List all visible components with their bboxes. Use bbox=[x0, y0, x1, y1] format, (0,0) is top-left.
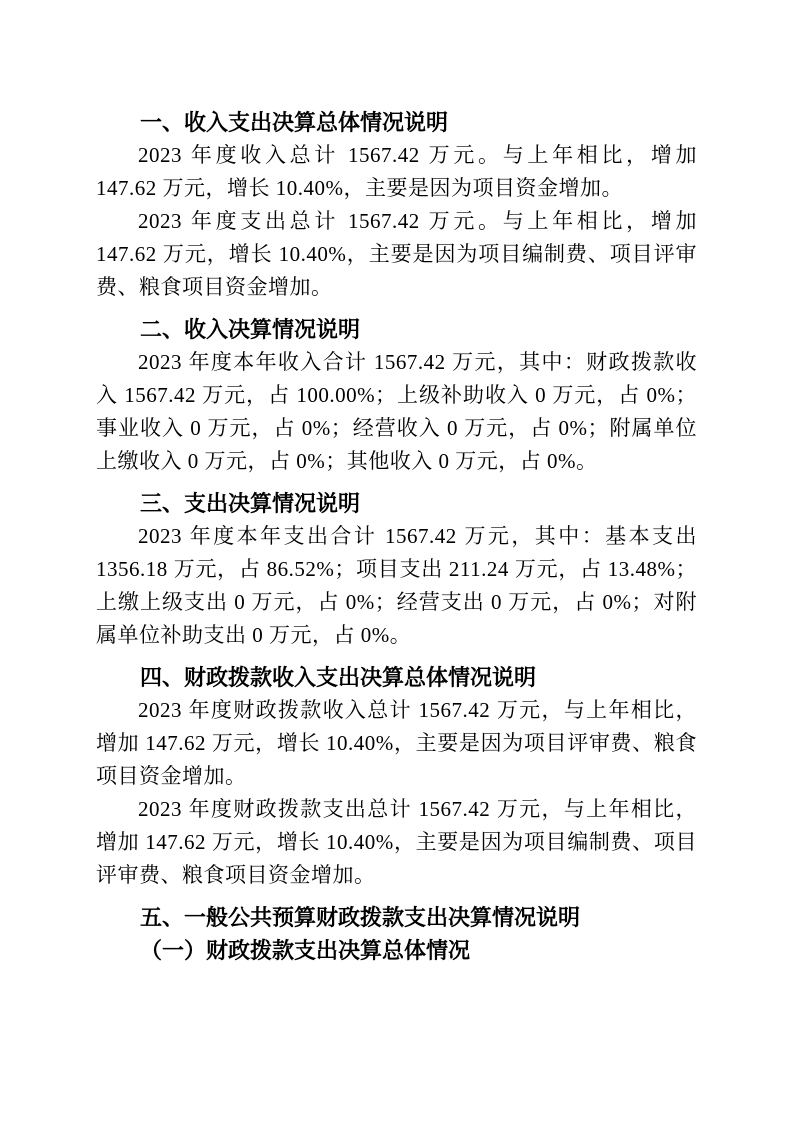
paragraph-expense-total: 2023 年度支出总计 1567.42 万元。与上年相比，增加 147.62 万… bbox=[96, 205, 697, 304]
paragraph-income-total: 2023 年度收入总计 1567.42 万元。与上年相比，增加 147.62 万… bbox=[96, 139, 697, 205]
heading-expense-detail: 三、支出决算情况说明 bbox=[96, 487, 697, 520]
paragraph-fiscal-income: 2023 年度财政拨款收入总计 1567.42 万元，与上年相比，增加 147.… bbox=[96, 694, 697, 793]
heading-fiscal-appropriation-overview: 四、财政拨款收入支出决算总体情况说明 bbox=[96, 661, 697, 694]
paragraph-expense-detail: 2023 年度本年支出合计 1567.42 万元，其中：基本支出 1356.18… bbox=[96, 520, 697, 652]
heading-public-budget-expense: 五、一般公共预算财政拨款支出决算情况说明 bbox=[96, 901, 697, 934]
paragraph-income-detail: 2023 年度本年收入合计 1567.42 万元，其中：财政拨款收入 1567.… bbox=[96, 346, 697, 478]
paragraph-fiscal-expense: 2023 年度财政拨款支出总计 1567.42 万元，与上年相比，增加 147.… bbox=[96, 793, 697, 892]
document-page: 一、收入支出决算总体情况说明 2023 年度收入总计 1567.42 万元。与上… bbox=[0, 0, 793, 1122]
heading-income-detail: 二、收入决算情况说明 bbox=[96, 313, 697, 346]
heading-income-expense-overview: 一、收入支出决算总体情况说明 bbox=[96, 106, 697, 139]
heading-fiscal-expense-overview-sub: （一）财政拨款支出决算总体情况 bbox=[96, 934, 697, 967]
